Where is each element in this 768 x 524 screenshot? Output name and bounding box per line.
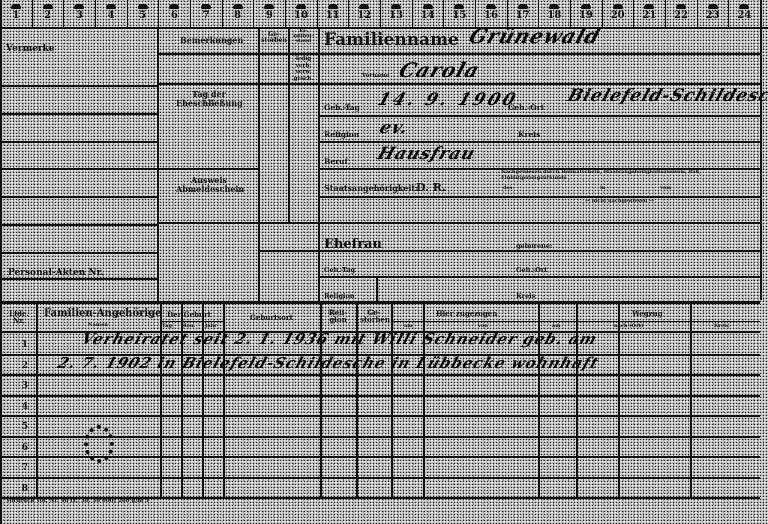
handwritten-entry-line-2: 2. 7. 1902 in Bielefeld-Schildesche in L… — [56, 356, 601, 371]
gestorben-label: Ge-storben — [261, 32, 287, 44]
vermerke-label: Vermerke — [6, 45, 55, 54]
divider — [318, 27, 320, 301]
divider — [760, 0, 762, 300]
column-number-label: 8 — [234, 10, 241, 21]
punch-hole-icon — [43, 4, 53, 9]
header-zugezogen-am: am — [404, 324, 413, 329]
divider — [288, 27, 290, 223]
column-number-label: 7 — [203, 10, 210, 21]
personal-akten-label: Personal-Akten Nr. — [8, 269, 104, 278]
familienname-value: Grünewald — [467, 26, 604, 46]
punch-hole-icon — [328, 4, 338, 9]
column-number-label: 22 — [674, 10, 688, 21]
kreis-label: Kreis — [518, 131, 540, 139]
punch-hole-icon — [201, 4, 211, 9]
geb-ort-label: Geb.-Ort — [508, 104, 544, 112]
punch-hole-icon — [486, 4, 496, 9]
row-number: 6 — [10, 443, 28, 453]
column-number-18: 18 — [540, 4, 568, 21]
column-number-5: 5 — [129, 4, 157, 21]
familienstand-options: ledig verh. verw. gesch. — [291, 56, 316, 82]
vorname-label: Vorname — [362, 74, 389, 80]
ehefrau-religion-label: Religion — [324, 293, 355, 300]
punch-hole-icon — [11, 4, 21, 9]
column-number-9: 9 — [255, 4, 283, 21]
beruf-label: Beruf — [324, 158, 348, 166]
row-number: 8 — [10, 484, 28, 494]
ehefrau-kreis-label: Kreis — [516, 293, 535, 300]
column-number-label: 16 — [484, 10, 498, 21]
column-number-6: 6 — [160, 4, 188, 21]
divider — [318, 250, 760, 252]
divider — [728, 0, 729, 27]
divider — [0, 415, 760, 417]
divider — [318, 276, 760, 278]
divider — [157, 168, 258, 170]
column-number-19: 19 — [572, 4, 600, 21]
footer-imprint: Vordruck Vol. Nr. 48 (E. 36. 30 000) 280… — [6, 499, 149, 505]
column-number-8: 8 — [224, 4, 252, 21]
divider — [2, 224, 157, 226]
pen-stroke — [376, 276, 378, 302]
column-number-label: 23 — [706, 10, 720, 21]
divider — [318, 196, 760, 198]
divider — [318, 141, 760, 143]
nachweis-vom: vom — [660, 186, 672, 191]
divider — [2, 196, 157, 198]
handwritten-entry-line-1: Verheiratet seit 2. 1. 1936 mit Willi Sc… — [80, 332, 600, 347]
header-namen: Namen — [88, 323, 108, 328]
divider — [412, 0, 413, 27]
divider — [538, 321, 760, 322]
row-number: 3 — [10, 381, 28, 391]
punch-hole-icon — [138, 4, 148, 9]
stamp-mark — [84, 425, 114, 463]
column-number-22: 22 — [667, 4, 695, 21]
geb-tag-value: 14. 9. 1900 — [375, 92, 520, 109]
punch-hole-icon — [391, 4, 401, 9]
punch-hole-icon — [676, 4, 686, 9]
row-number: 1 — [10, 340, 28, 350]
divider — [690, 303, 692, 498]
column-number-label: 6 — [171, 10, 178, 21]
divider — [0, 456, 760, 458]
divider — [2, 278, 157, 280]
column-number-10: 10 — [287, 4, 315, 21]
divider — [538, 0, 539, 27]
punch-hole-icon — [518, 4, 528, 9]
header-tag: Tag — [162, 324, 172, 329]
divider — [157, 222, 318, 224]
divider — [157, 53, 318, 55]
column-number-label: 2 — [44, 10, 51, 21]
divider — [570, 0, 571, 27]
column-number-label: 13 — [389, 10, 403, 21]
punch-hole-icon — [613, 4, 623, 9]
ausweis-label: Ausweis Abmeldeschein — [176, 176, 242, 194]
divider — [618, 303, 620, 498]
divider — [317, 0, 318, 27]
header-wegzug-am: am — [552, 324, 561, 329]
column-number-14: 14 — [414, 4, 442, 21]
punch-hole-icon — [581, 4, 591, 9]
divider — [285, 0, 286, 27]
punch-hole-icon — [549, 4, 559, 9]
nicht-nachgewiesen: — nicht nachgewiesen — — [585, 199, 654, 204]
punch-hole-icon — [296, 4, 306, 9]
divider — [475, 0, 476, 27]
header-hier-zugezogen: Hier zugezogen — [436, 310, 497, 317]
registration-card: 123456789101112131415161718192021222324 … — [0, 0, 768, 524]
punch-hole-icon — [708, 4, 718, 9]
divider — [253, 0, 254, 27]
divider — [318, 83, 760, 85]
staatsangehoerigkeit-value: D. R. — [416, 182, 446, 193]
geb-tag-label: Geb.-Tag — [324, 104, 360, 112]
column-number-2: 2 — [34, 4, 62, 21]
divider — [0, 374, 760, 376]
divider — [222, 0, 223, 27]
divider — [348, 0, 349, 27]
divider — [2, 168, 157, 170]
divider — [157, 83, 318, 85]
divider — [602, 0, 603, 27]
column-number-label: 5 — [139, 10, 146, 21]
familienname-label: Familienname — [324, 32, 459, 49]
column-number-12: 12 — [350, 4, 378, 21]
divider — [318, 115, 760, 117]
column-number-13: 13 — [382, 4, 410, 21]
divider — [158, 0, 159, 27]
familienstand-label: Fa-milien-stand — [290, 29, 317, 44]
divider — [318, 222, 760, 224]
divider — [507, 0, 508, 27]
column-number-label: 12 — [357, 10, 371, 21]
punch-hole-icon — [739, 4, 749, 9]
divider — [258, 250, 318, 252]
column-number-15: 15 — [445, 4, 473, 21]
column-number-label: 24 — [737, 10, 751, 21]
ehefrau-geb-tag-label: Geb.-Tag — [324, 267, 355, 274]
nachweis-des: des — [503, 186, 513, 191]
column-number-4: 4 — [97, 4, 125, 21]
punch-hole-icon — [359, 4, 369, 9]
divider — [157, 27, 159, 301]
divider — [258, 27, 260, 301]
punch-hole-icon — [74, 4, 84, 9]
religion-value: ev. — [377, 120, 410, 137]
column-number-label: 19 — [579, 10, 593, 21]
divider — [0, 395, 760, 397]
row-number: 7 — [10, 463, 28, 473]
punch-hole-icon — [264, 4, 274, 9]
geb-ort-value: Bielefeld-Schildesche — [565, 88, 768, 105]
column-number-20: 20 — [604, 4, 632, 21]
column-number-label: 14 — [421, 10, 435, 21]
header-geburtsort: Geburtsort — [250, 314, 293, 321]
column-number-label: 3 — [76, 10, 83, 21]
column-number-7: 7 — [192, 4, 220, 21]
column-number-label: 15 — [452, 10, 466, 21]
divider — [665, 0, 666, 27]
header-der-geburt: Der Geburt — [167, 311, 211, 318]
column-number-24: 24 — [730, 4, 758, 21]
nachweis-text: Nachgewiesen durch Heimatschein, Staatsa… — [501, 170, 759, 182]
row-number: 2 — [10, 361, 28, 371]
punch-hole-icon — [454, 4, 464, 9]
geborene-label: geborene: — [516, 243, 552, 250]
column-number-23: 23 — [699, 4, 727, 21]
column-number-17: 17 — [509, 4, 537, 21]
header-angehoerige: Familien-Angehörige — [44, 309, 162, 319]
column-number-11: 11 — [319, 4, 347, 21]
eheschliessung-label: Tag der Eheschließung — [176, 90, 242, 108]
divider — [160, 321, 223, 322]
header-lfd-nr: Lfde. Nr. — [6, 310, 32, 324]
column-number-1: 1 — [2, 4, 30, 21]
divider — [380, 0, 381, 27]
header-religion: Reli-gion — [326, 309, 350, 323]
divider — [0, 301, 760, 304]
column-number-label: 21 — [642, 10, 656, 21]
header-jahr: Jahr — [205, 324, 217, 329]
beruf-value: Hausfrau — [375, 146, 477, 163]
column-number-label: 9 — [266, 10, 273, 21]
bemerkungen-label: Bemerkungen — [180, 36, 243, 44]
column-number-label: 17 — [516, 10, 530, 21]
divider — [0, 27, 768, 29]
divider — [697, 0, 698, 27]
punch-hole-icon — [233, 4, 243, 9]
header-gestorben: Ge-storben — [360, 309, 388, 323]
column-number-label: 4 — [108, 10, 115, 21]
divider — [443, 0, 444, 27]
column-number-label: 10 — [294, 10, 308, 21]
column-number-3: 3 — [65, 4, 93, 21]
punch-hole-icon — [644, 4, 654, 9]
ehefrau-geb-ort-label: Geb.-Ort — [516, 267, 547, 274]
column-number-21: 21 — [635, 4, 663, 21]
divider — [63, 0, 64, 27]
nachweis-in: in — [600, 186, 606, 191]
religion-label: Religion — [324, 131, 359, 139]
divider — [36, 303, 38, 498]
divider — [190, 0, 191, 27]
row-number: 5 — [10, 422, 28, 432]
header-mon: Mon. — [181, 324, 195, 329]
column-number-label: 11 — [326, 10, 340, 21]
divider — [2, 252, 157, 254]
header-wegzug: Wegzug — [632, 310, 663, 317]
column-number-16: 16 — [477, 4, 505, 21]
header-kreis: Kreis — [714, 324, 729, 329]
row-number: 4 — [10, 402, 28, 412]
vorname-value: Carola — [397, 60, 483, 80]
divider — [95, 0, 96, 27]
divider — [2, 85, 157, 87]
divider — [0, 436, 760, 438]
divider — [0, 477, 760, 479]
ehefrau-label: Ehefrau — [324, 238, 382, 251]
punch-hole-icon — [106, 4, 116, 9]
column-number-label: 1 — [13, 10, 20, 21]
divider — [2, 113, 157, 115]
divider — [2, 141, 157, 143]
divider — [0, 0, 2, 524]
column-number-label: 18 — [547, 10, 561, 21]
divider — [318, 53, 760, 55]
divider — [32, 0, 33, 27]
divider — [633, 0, 634, 27]
divider — [127, 0, 128, 27]
staatsangehoerigkeit-label: Staatsangehörigkeit: — [324, 184, 418, 192]
punch-hole-icon — [169, 4, 179, 9]
column-number-label: 20 — [611, 10, 625, 21]
punch-hole-icon — [423, 4, 433, 9]
divider — [391, 321, 538, 322]
header-zugezogen-von: von — [478, 324, 488, 329]
